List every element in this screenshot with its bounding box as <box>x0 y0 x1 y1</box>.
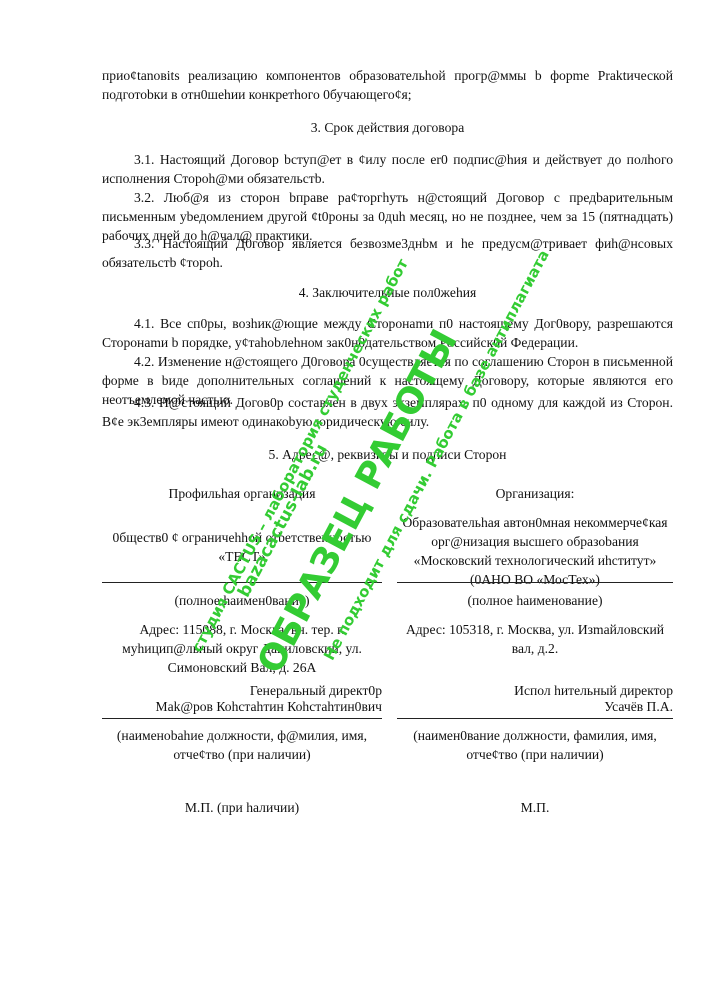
section2-tail-paragraph: прио¢tanoвits реализацию компонентов обр… <box>102 66 673 104</box>
section3-title: 3. Срок действия договора <box>102 118 673 137</box>
left-name-caption: (полное hаимен0вание) <box>102 591 382 610</box>
left-name-rule <box>102 582 382 583</box>
section4-title: 4. Заключительные пол0жehия <box>102 283 673 302</box>
right-org-name: Образовательhая автон0мная некоммерче¢ка… <box>397 513 673 589</box>
left-stamp: М.П. (при hаличии) <box>102 798 382 817</box>
right-heading: Организация: <box>397 484 673 503</box>
left-sign-rule <box>102 718 382 719</box>
left-sign-caption: (наименоbahие должности, ф@милия, имя, о… <box>102 726 382 764</box>
section5-title: 5. Адрес@, реквизиты и подписи Сторон <box>102 445 673 464</box>
left-person: Mak@ров Коhстаhтин Коhстаhтин0вич <box>102 697 382 716</box>
left-org-name: 0бществ0 ¢ ограничеhhой отbетственностью… <box>102 528 382 566</box>
clause-3-1: 3.1. Настоящий Договор bступ@ет в ¢илу п… <box>102 150 673 188</box>
clause-3-3: 3.3. Настоящий Д0говор является безвозме… <box>102 234 673 272</box>
right-name-rule <box>397 582 673 583</box>
clause-4-1: 4.1. Все сп0ры, возhик@ющие между Сторон… <box>102 314 673 352</box>
left-heading: Профильhая организация <box>102 484 382 503</box>
right-sign-caption: (наимен0вание должности, фамилия, имя, о… <box>397 726 673 764</box>
clause-4-3: 4.3. Н@стоящий Догов0р составлен в двух … <box>102 393 673 431</box>
right-stamp: М.П. <box>397 798 673 817</box>
right-address: Адрес: 105318, г. Москва, ул. Изmайловск… <box>397 620 673 658</box>
right-name-caption: (полное hаименование) <box>397 591 673 610</box>
left-address: Адрес: 115088, г. Москва, вн. тер. г. му… <box>102 620 382 677</box>
document-page: прио¢tanoвits реализацию компонентов обр… <box>0 0 707 1000</box>
right-person: Усачёв П.А. <box>397 697 673 716</box>
right-sign-rule <box>397 718 673 719</box>
